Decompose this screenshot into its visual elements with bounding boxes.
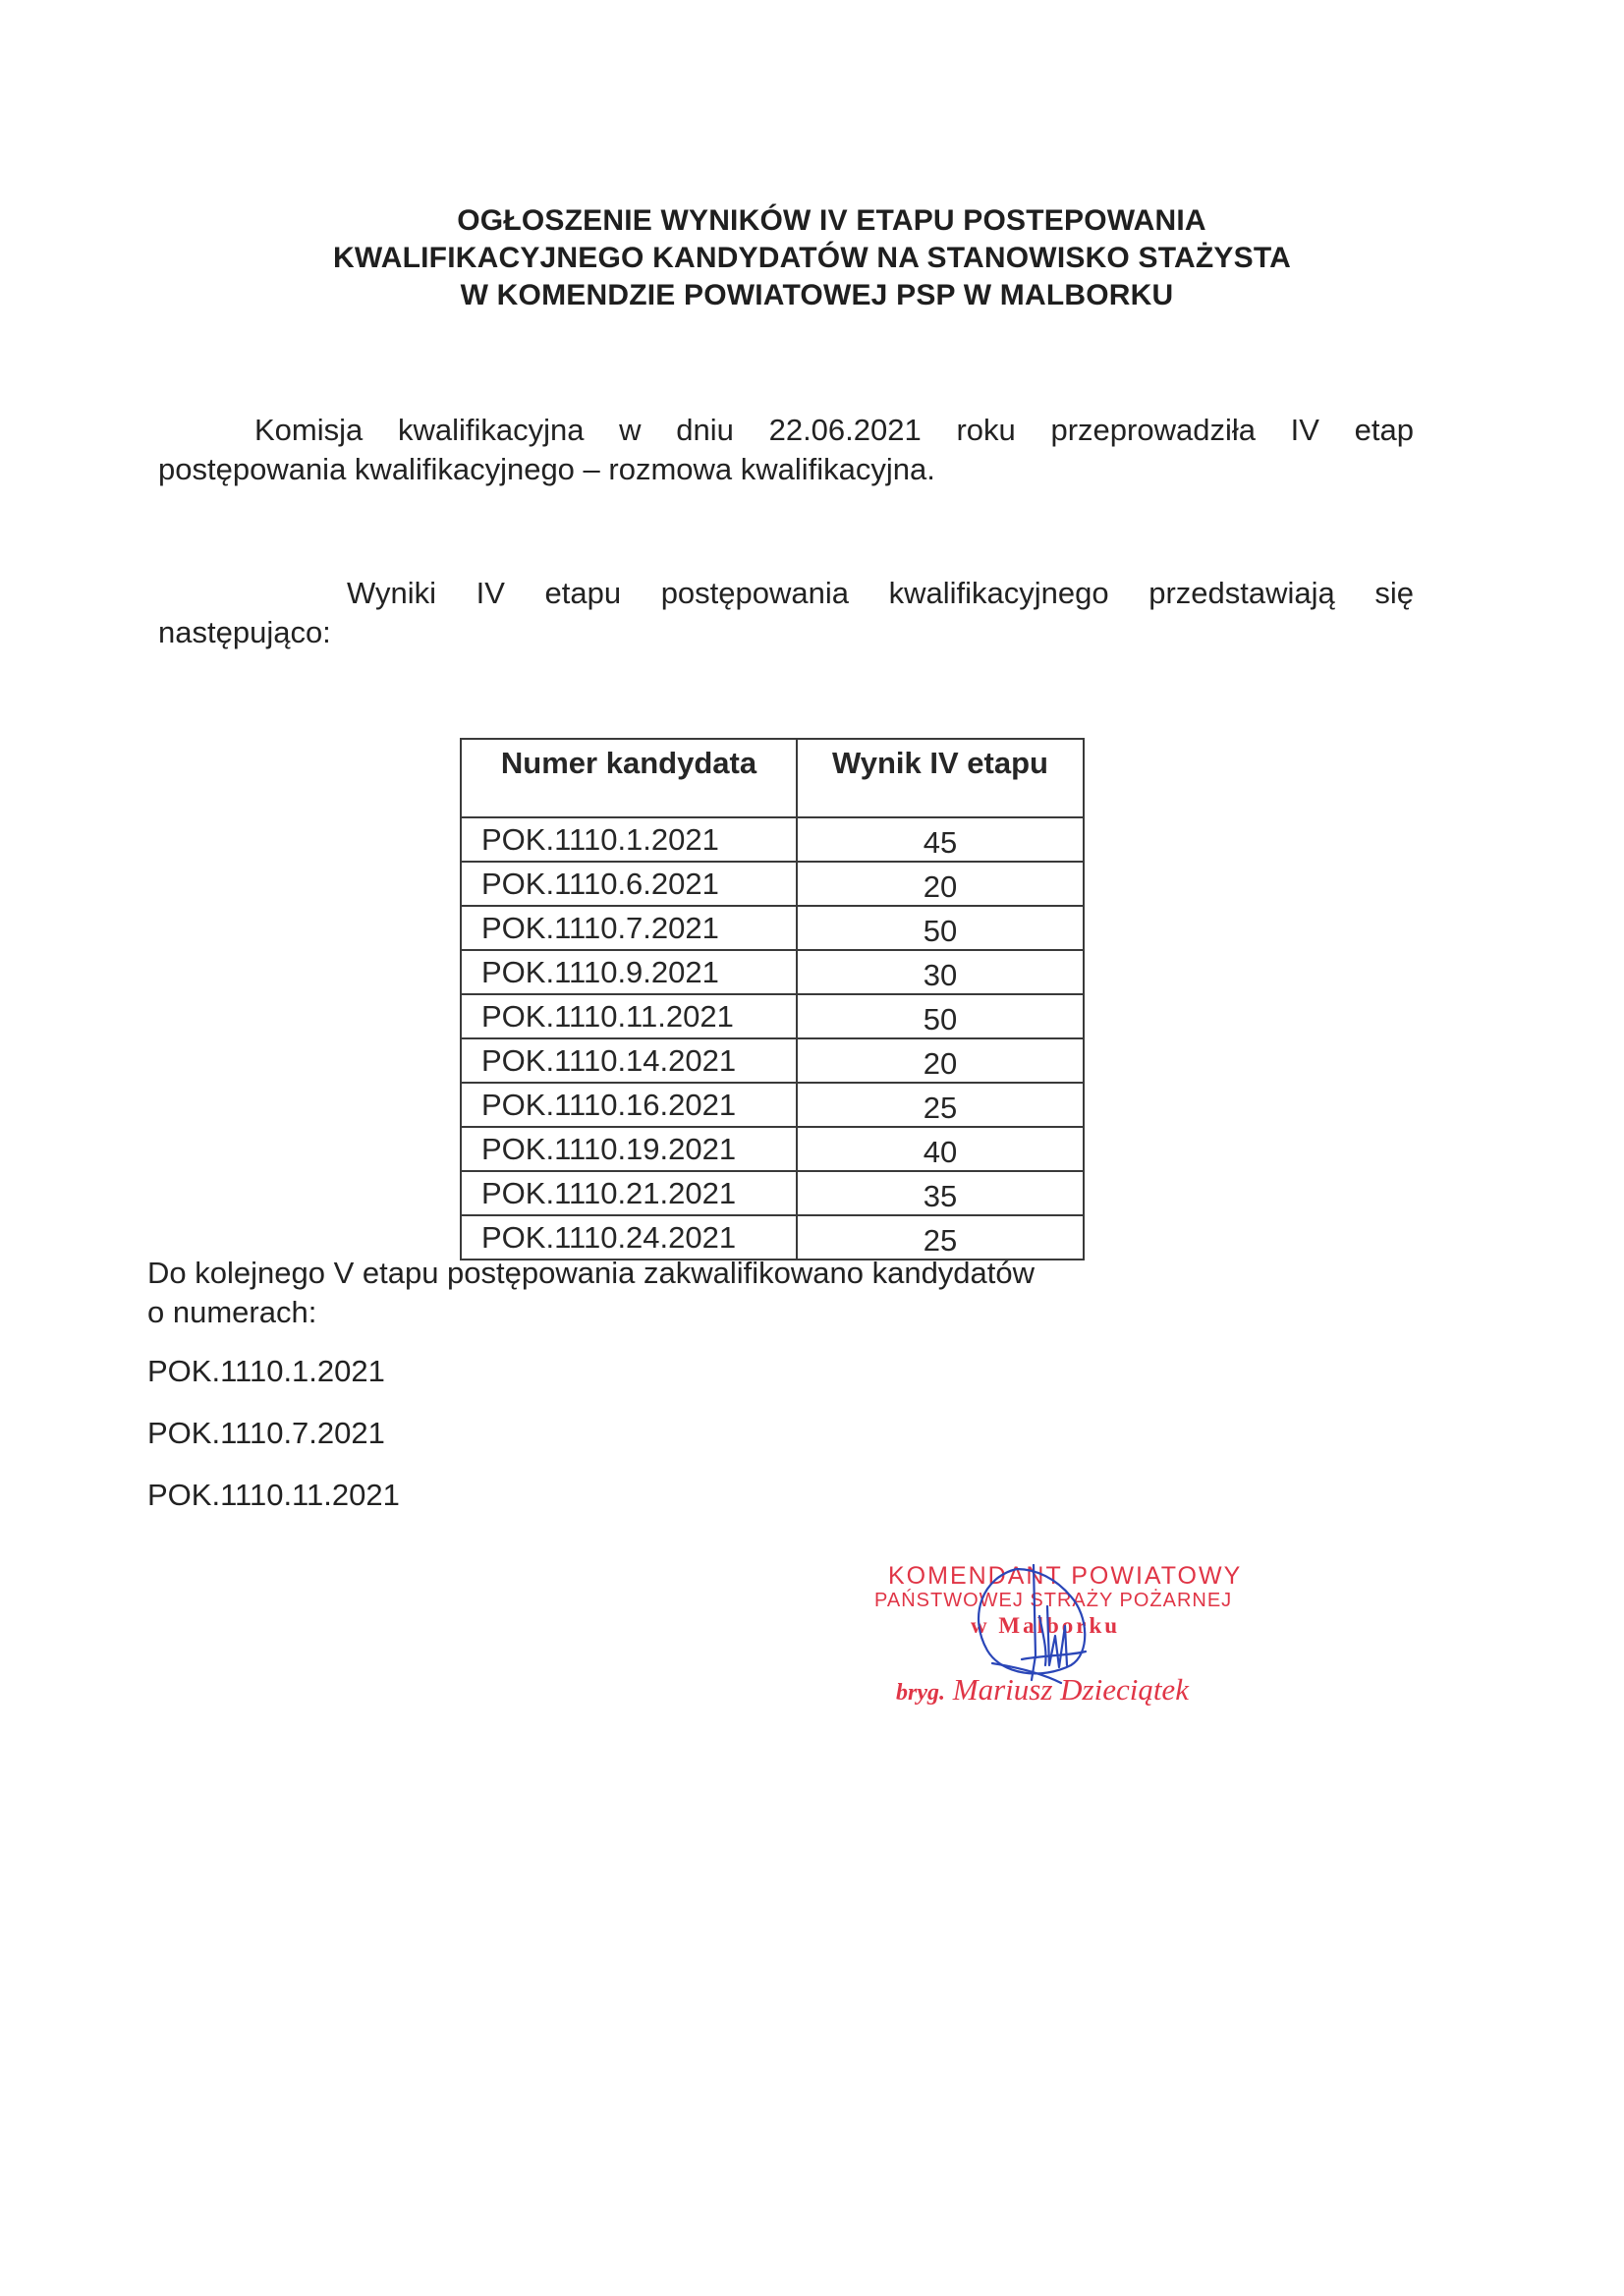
stage-score-cell: 50	[797, 906, 1084, 950]
stage-score-cell: 50	[797, 994, 1084, 1038]
table-header-row: Numer kandydata Wynik IV etapu	[461, 739, 1084, 817]
table-row: POK.1110.19.202140	[461, 1127, 1084, 1171]
qualified-intro-line-1: Do kolejnego V etapu postępowania zakwal…	[147, 1254, 1228, 1293]
stage-score-cell: 25	[797, 1083, 1084, 1127]
stage-score-cell: 20	[797, 1038, 1084, 1083]
candidate-number-cell: POK.1110.14.2021	[461, 1038, 797, 1083]
candidate-number-cell: POK.1110.9.2021	[461, 950, 797, 994]
qualified-candidate-item: POK.1110.7.2021	[147, 1414, 1228, 1476]
candidate-number-cell: POK.1110.21.2021	[461, 1171, 797, 1215]
stage-score-cell: 35	[797, 1171, 1084, 1215]
table-row: POK.1110.6.202120	[461, 862, 1084, 906]
table-row: POK.1110.11.202150	[461, 994, 1084, 1038]
table-row: POK.1110.7.202150	[461, 906, 1084, 950]
table-row: POK.1110.14.202120	[461, 1038, 1084, 1083]
stage-score-cell: 20	[797, 862, 1084, 906]
results-table: Numer kandydata Wynik IV etapu POK.1110.…	[460, 738, 1085, 1260]
stamp-line-1: KOMENDANT POWIATOWY	[888, 1562, 1242, 1591]
qualified-candidate-item: POK.1110.1.2021	[147, 1352, 1228, 1414]
stamp-line-3: w Malborku	[971, 1613, 1120, 1639]
qualified-section: Do kolejnego V etapu postępowania zakwal…	[147, 1254, 1228, 1538]
results-intro-line-1: Wyniki IV etapu postępowania kwalifikacy…	[158, 574, 1414, 613]
candidate-number-cell: POK.1110.1.2021	[461, 817, 797, 862]
qualified-candidate-item: POK.1110.11.2021	[147, 1476, 1228, 1538]
column-header-candidate-number: Numer kandydata	[461, 739, 797, 817]
stage-score-cell: 30	[797, 950, 1084, 994]
table-row: POK.1110.9.202130	[461, 950, 1084, 994]
qualified-candidates-list: POK.1110.1.2021POK.1110.7.2021POK.1110.1…	[147, 1352, 1228, 1538]
candidate-number-cell: POK.1110.6.2021	[461, 862, 797, 906]
intro-paragraph-line-2: postępowania kwalifikacyjnego – rozmowa …	[158, 452, 935, 486]
column-header-stage-score: Wynik IV etapu	[797, 739, 1084, 817]
intro-paragraph: Komisja kwalifikacyjna w dniu 22.06.2021…	[158, 411, 1414, 489]
title-line-1: OGŁOSZENIE WYNIKÓW IV ETAPU POSTEPOWANIA	[0, 202, 1624, 240]
results-intro-line-2: następująco:	[158, 615, 331, 649]
table-row: POK.1110.1.202145	[461, 817, 1084, 862]
results-intro-paragraph: Wyniki IV etapu postępowania kwalifikacy…	[158, 574, 1414, 652]
stamp-rank: bryg.	[896, 1680, 945, 1706]
results-table-body: POK.1110.1.202145POK.1110.6.202120POK.11…	[461, 817, 1084, 1260]
table-row: POK.1110.21.202135	[461, 1171, 1084, 1215]
stamp-line-2: PAŃSTWOWEJ STRAŻY POŻARNEJ	[874, 1590, 1232, 1612]
candidate-number-cell: POK.1110.7.2021	[461, 906, 797, 950]
candidate-number-cell: POK.1110.19.2021	[461, 1127, 797, 1171]
stamp-signatory: bryg. Mariusz Dzieciątek	[896, 1672, 1189, 1708]
intro-paragraph-line-1: Komisja kwalifikacyjna w dniu 22.06.2021…	[158, 411, 1414, 450]
title-line-2: KWALIFIKACYJNEGO KANDYDATÓW NA STANOWISK…	[0, 240, 1624, 277]
document-title: OGŁOSZENIE WYNIKÓW IV ETAPU POSTEPOWANIA…	[0, 202, 1624, 314]
table-row: POK.1110.16.202125	[461, 1083, 1084, 1127]
candidate-number-cell: POK.1110.16.2021	[461, 1083, 797, 1127]
qualified-intro-line-2: o numerach:	[147, 1293, 1228, 1332]
stage-score-cell: 40	[797, 1127, 1084, 1171]
candidate-number-cell: POK.1110.11.2021	[461, 994, 797, 1038]
stage-score-cell: 45	[797, 817, 1084, 862]
title-line-3: W KOMENDZIE POWIATOWEJ PSP W MALBORKU	[0, 277, 1624, 314]
stamp-name: Mariusz Dzieciątek	[953, 1672, 1189, 1707]
official-stamp: KOMENDANT POWIATOWY PAŃSTWOWEJ STRAŻY PO…	[874, 1554, 1267, 1731]
